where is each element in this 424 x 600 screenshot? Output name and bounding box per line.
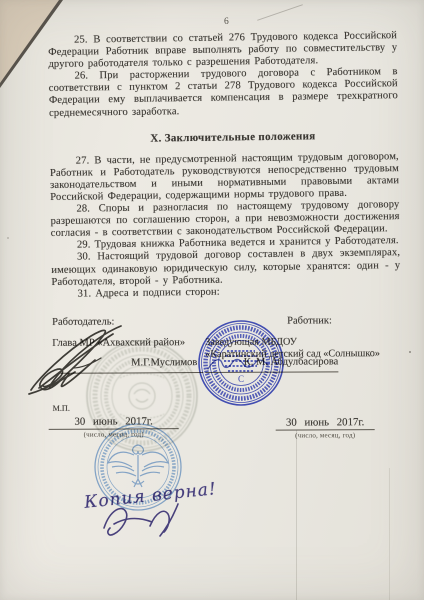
employee-org-line1: Заведующая МБДОУ: [205, 337, 297, 348]
employee-date: 30 июнь 2017г.: [276, 416, 375, 431]
employer-name: М.Г.Муслимов: [131, 357, 197, 368]
seal-place-mark: М.П.: [53, 404, 70, 413]
employer-title: Глава МР «Ахвахский район»: [52, 337, 185, 349]
employee-date-hint: (число, месяц, год): [276, 431, 375, 440]
employer-date-hint: (число, месяц, год): [49, 430, 179, 439]
employer-date-group: 30 июнь 2017г. (число, месяц, год): [49, 415, 179, 439]
employee-role-label: Работник:: [287, 315, 332, 326]
employee-signature-line: К. М. Абдулбасирова: [205, 355, 338, 373]
employer-signature-line: М.Г.Муслимов: [60, 356, 203, 374]
employer-date: 30 июнь 2017г.: [49, 415, 179, 430]
employer-role-label: Работодатель:: [52, 317, 114, 328]
employee-date-group: 30 июнь 2017г. (число, месяц, год): [276, 416, 375, 440]
employee-name: К. М. Абдулбасирова: [244, 356, 339, 367]
scanned-contract-page: 6 25. В соответствии со статьей 276 Труд…: [0, 0, 424, 600]
signature-section: Работодатель: Работник: Глава МР «Ахвахс…: [0, 0, 424, 600]
